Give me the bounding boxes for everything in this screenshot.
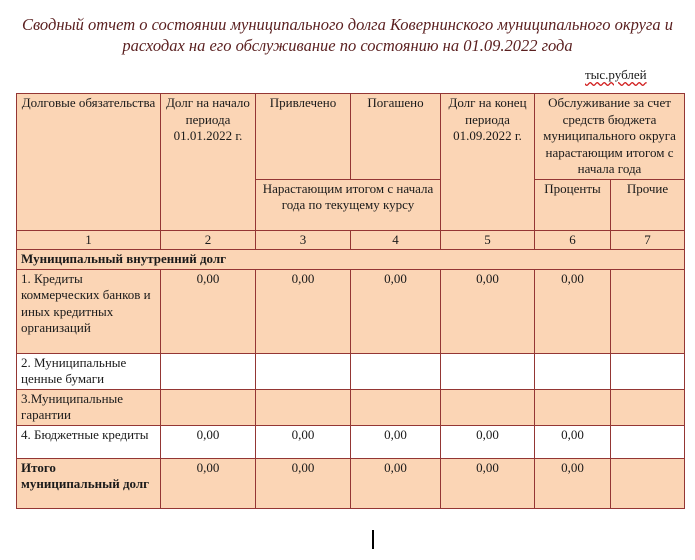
column-number: 1	[17, 230, 161, 250]
cell-value: 0,00	[161, 269, 256, 353]
header-cumulative: Нарастающим итогом с начала года по теку…	[256, 179, 441, 230]
cell-value: 0,00	[256, 425, 351, 458]
cell-value	[611, 353, 685, 389]
report-title-line-2: расходах на его обслуживание по состояни…	[0, 35, 695, 56]
row-label: 4. Бюджетные кредиты	[17, 425, 161, 458]
cell-value	[351, 389, 441, 425]
header-debt-start: Долг на начало периода 01.01.2022 г.	[161, 94, 256, 231]
cell-value: 0,00	[441, 269, 535, 353]
column-number: 3	[256, 230, 351, 250]
cell-value: 0,00	[161, 425, 256, 458]
cell-value: 0,00	[351, 269, 441, 353]
table-row: 4. Бюджетные кредиты 0,00 0,00 0,00 0,00…	[17, 425, 685, 458]
cell-value: 0,00	[441, 425, 535, 458]
row-label: Итого муниципальный долг	[17, 458, 161, 508]
cell-value	[161, 353, 256, 389]
column-number: 7	[611, 230, 685, 250]
cell-value	[441, 389, 535, 425]
row-label: 2. Муниципальные ценные бумаги	[17, 353, 161, 389]
cell-value	[535, 389, 611, 425]
cell-value	[161, 389, 256, 425]
row-label: 3.Муниципальные гарантии	[17, 389, 161, 425]
cell-value	[611, 458, 685, 508]
header-interest: Проценты	[535, 179, 611, 230]
cell-value	[611, 269, 685, 353]
cell-value	[256, 353, 351, 389]
table-row: 3.Муниципальные гарантии	[17, 389, 685, 425]
section-title: Муниципальный внутренний долг	[17, 250, 685, 270]
table-row: 1. Кредиты коммерческих банков и иных кр…	[17, 269, 685, 353]
report-title: Сводный отчет о состоянии муниципального…	[0, 14, 695, 56]
header-debt-end: Долг на конец периода 01.09.2022 г.	[441, 94, 535, 231]
cell-value: 0,00	[441, 458, 535, 508]
header-repaid: Погашено	[351, 94, 441, 180]
debt-report-table: Долговые обязательства Долг на начало пе…	[16, 93, 685, 509]
cell-value	[535, 353, 611, 389]
cell-value	[441, 353, 535, 389]
cell-value	[611, 425, 685, 458]
cell-value	[351, 353, 441, 389]
cell-value: 0,00	[256, 458, 351, 508]
cell-value	[611, 389, 685, 425]
cell-value: 0,00	[535, 425, 611, 458]
column-number: 2	[161, 230, 256, 250]
column-number-row: 1 2 3 4 5 6 7	[17, 230, 685, 250]
cell-value: 0,00	[351, 425, 441, 458]
table-row-total: Итого муниципальный долг 0,00 0,00 0,00 …	[17, 458, 685, 508]
header-debt-obligations: Долговые обязательства	[17, 94, 161, 231]
units-label: тыс.рублей	[585, 67, 647, 83]
column-number: 5	[441, 230, 535, 250]
row-label: 1. Кредиты коммерческих банков и иных кр…	[17, 269, 161, 353]
header-servicing: Обслуживание за счет средств бюджета мун…	[535, 94, 685, 180]
header-other: Прочие	[611, 179, 685, 230]
cell-value: 0,00	[535, 269, 611, 353]
text-cursor	[372, 530, 374, 549]
cell-value: 0,00	[535, 458, 611, 508]
header-attracted: Привлечено	[256, 94, 351, 180]
report-title-line-1: Сводный отчет о состоянии муниципального…	[0, 14, 695, 35]
column-number: 6	[535, 230, 611, 250]
cell-value: 0,00	[351, 458, 441, 508]
column-number: 4	[351, 230, 441, 250]
cell-value: 0,00	[256, 269, 351, 353]
table-row: 2. Муниципальные ценные бумаги	[17, 353, 685, 389]
cell-value	[256, 389, 351, 425]
cell-value: 0,00	[161, 458, 256, 508]
